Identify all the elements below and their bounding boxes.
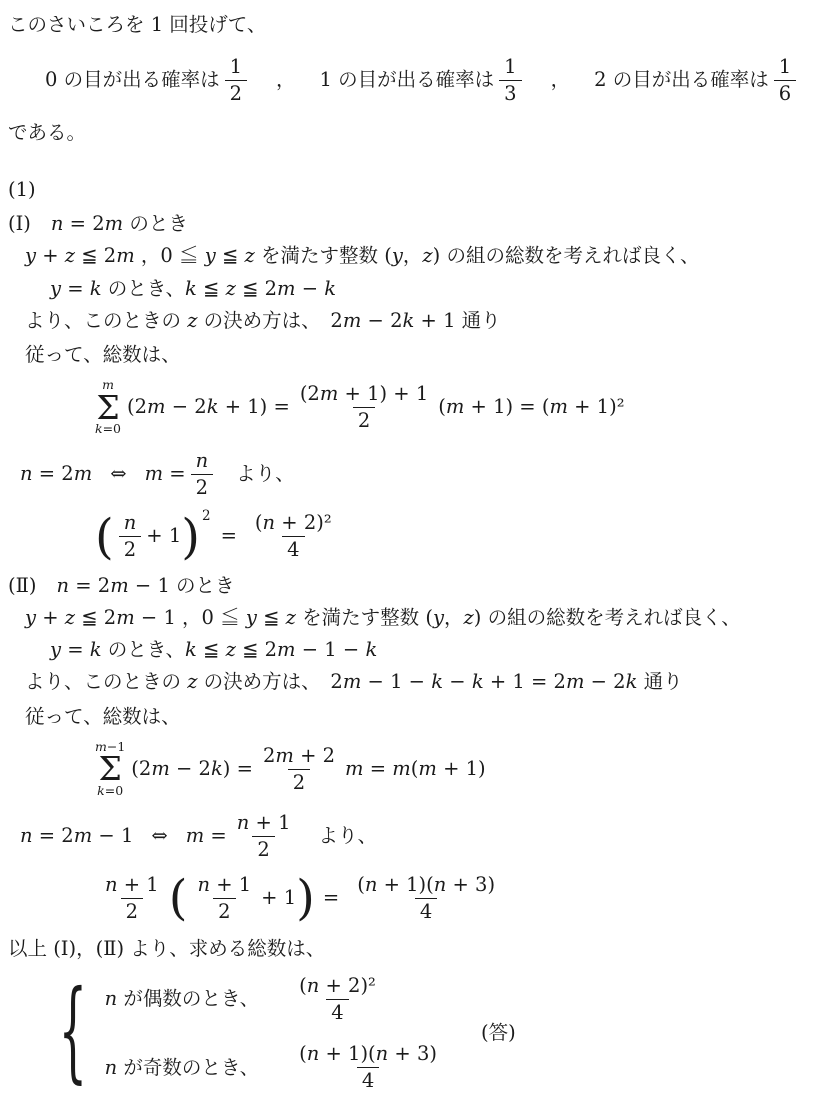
case2-line2-text: y = k のとき、k ≦ z ≦ 2m − 1 − k xyxy=(50,637,377,663)
fraction-numerator: (n + 2)² xyxy=(294,975,381,999)
case1-label: (Ⅰ) xyxy=(8,211,31,237)
fraction-numerator: (n + 2)² xyxy=(250,512,337,536)
intro-line: このさいころを 1 回投げて、 xyxy=(8,12,821,38)
fraction-numerator: n + 1 xyxy=(100,874,164,898)
case2-condition: n = 2m − 1 のとき xyxy=(56,573,234,599)
cases-block: { n が偶数のとき、 (n + 2)²4 n が奇数のとき、 (n + 1)(… xyxy=(55,970,821,1096)
fraction-numerator: 1 xyxy=(499,56,521,80)
sum-tail: m = m(m + 1) xyxy=(345,756,486,782)
cases-brace: { xyxy=(59,979,88,1088)
equals-sign: = xyxy=(221,523,237,549)
probability-line: 0 の目が出る確率は 12 ， 1 の目が出る確率は 13 ， 2 の目が出る確… xyxy=(45,48,821,112)
sigma-symbol: Σ xyxy=(98,753,121,784)
case2-line3-text: より、このときの z の決め方は、 2m − 1 − k − k + 1 = 2… xyxy=(25,669,683,695)
fraction: (n + 1)(n + 3)4 xyxy=(294,1043,442,1092)
sum-body: (2m − 2k + 1) = xyxy=(127,394,290,420)
fraction-denominator: 2 xyxy=(119,536,141,561)
sum-tail: (m + 1) = (m + 1)² xyxy=(438,394,624,420)
fraction: n + 12 xyxy=(232,812,296,861)
case-rows: n が偶数のとき、 (n + 2)²4 n が奇数のとき、 (n + 1)(n … xyxy=(105,975,447,1092)
case2-line3: より、このときの z の決め方は、 2m − 1 − k − k + 1 = 2… xyxy=(25,669,821,695)
sigma-symbol: Σ xyxy=(96,392,119,423)
case-row-even-text: n が偶数のとき、 xyxy=(105,986,259,1012)
fraction: 12 xyxy=(225,56,247,105)
double-arrow-icon: ⇔ xyxy=(110,461,126,487)
fraction-numerator: (2m + 1) + 1 xyxy=(295,383,433,407)
case1-line4-text: 従って、総数は、 xyxy=(25,342,181,368)
fraction-numerator: 1 xyxy=(225,56,247,80)
fraction: n + 12 xyxy=(192,874,256,923)
comma-separator: ， xyxy=(276,67,296,93)
fraction-numerator: 1 xyxy=(774,56,796,80)
comma-separator: ， xyxy=(551,67,571,93)
fraction: (2m + 1) + 12 xyxy=(295,383,433,432)
fraction-denominator: 4 xyxy=(282,536,304,561)
case1-line2: y = k のとき、k ≦ z ≦ 2m − k xyxy=(50,276,821,302)
part-label-line: (1) xyxy=(8,177,821,203)
case1-result-expression: ( n2 + 1 ) 2 = (n + 2)²4 xyxy=(95,503,821,571)
equiv-mid: m = xyxy=(186,823,227,849)
equiv-lhs: n = 2m xyxy=(20,461,92,487)
equiv-tail: より、 xyxy=(318,823,377,849)
fraction-denominator: 4 xyxy=(357,1067,379,1092)
fraction-denominator: 2 xyxy=(225,80,247,105)
fraction-denominator: 2 xyxy=(213,898,235,923)
conclusion-line: 以上 (Ⅰ)，(Ⅱ) より、求める総数は、 xyxy=(8,936,821,962)
case2-equivalence-line: n = 2m − 1 ⇔ m = n + 12 より、 xyxy=(20,808,821,864)
fraction-denominator: 6 xyxy=(774,80,796,105)
fraction-numerator: n xyxy=(119,512,142,536)
case1-equivalence-line: n = 2m ⇔ m = n2 より、 xyxy=(20,447,821,503)
case2-line4: 従って、総数は、 xyxy=(25,704,821,730)
case1-line3-text: より、このときの z の決め方は、 2m − 2k + 1 通り xyxy=(25,308,501,334)
equiv-lhs: n = 2m − 1 xyxy=(20,823,133,849)
summation: m Σ k=0 xyxy=(95,379,121,435)
fraction-numerator: n + 1 xyxy=(192,874,256,898)
fraction-denominator: 2 xyxy=(252,836,274,861)
case2-line1: y + z ≦ 2m − 1 ，0 ≦ y ≦ z を満たす整数 (y，z) の… xyxy=(25,605,821,631)
case2-result-expression: n + 12 ( n + 12 + 1 ) = (n + 1)(n + 3)4 xyxy=(95,864,821,932)
fraction-numerator: (n + 1)(n + 3) xyxy=(294,1043,442,1067)
fraction-denominator: 2 xyxy=(121,898,143,923)
case-row-odd: n が奇数のとき、 (n + 1)(n + 3)4 xyxy=(105,1043,447,1092)
summation: m−1 Σ k=0 xyxy=(95,741,125,797)
case-row-even: n が偶数のとき、 (n + 2)²4 xyxy=(105,975,447,1024)
case-row-odd-text: n が奇数のとき、 xyxy=(105,1055,259,1081)
case1-line4: 従って、総数は、 xyxy=(25,342,821,368)
prob-text-1: 1 の目が出る確率は xyxy=(320,67,495,93)
fraction-numerator: 2m + 2 xyxy=(258,745,340,769)
sum-body: (2m − 2k) = xyxy=(131,756,253,782)
double-arrow-icon: ⇔ xyxy=(151,823,167,849)
case1-header: (Ⅰ) n = 2m のとき xyxy=(8,211,821,237)
fraction-denominator: 2 xyxy=(353,407,375,432)
fraction: n2 xyxy=(119,512,142,561)
case1-line1: y + z ≦ 2m ，0 ≦ y ≦ z を満たす整数 (y，z) の組の総数… xyxy=(25,243,821,269)
case2-line4-text: 従って、総数は、 xyxy=(25,704,181,730)
case2-label: (Ⅱ) xyxy=(8,573,36,599)
fraction: (n + 2)²4 xyxy=(250,512,337,561)
fraction-numerator: (n + 1)(n + 3) xyxy=(352,874,500,898)
result-plus: + 1 xyxy=(146,523,181,549)
answer-label: (答) xyxy=(481,1020,516,1046)
case1-line2-text: y = k のとき、k ≦ z ≦ 2m − k xyxy=(50,276,336,302)
fraction: 2m + 22 xyxy=(258,745,340,794)
part-label: (1) xyxy=(8,177,36,203)
sum-lower-limit: k=0 xyxy=(95,423,121,436)
fraction: (n + 1)(n + 3)4 xyxy=(352,874,500,923)
equiv-tail: より、 xyxy=(236,461,295,487)
fraction: n2 xyxy=(191,450,214,499)
intro-closing-text: である。 xyxy=(8,120,86,146)
case1-sum-expression: m Σ k=0 (2m − 2k + 1) = (2m + 1) + 12 (m… xyxy=(95,375,821,441)
case2-header: (Ⅱ) n = 2m − 1 のとき xyxy=(8,573,821,599)
fraction-denominator: 2 xyxy=(288,769,310,794)
fraction-numerator: n xyxy=(191,450,214,474)
fraction-denominator: 3 xyxy=(499,80,521,105)
case2-line1-text: y + z ≦ 2m − 1 ，0 ≦ y ≦ z を満たす整数 (y，z) の… xyxy=(25,605,741,631)
case2-sum-expression: m−1 Σ k=0 (2m − 2k) = 2m + 22 m = m(m + … xyxy=(95,736,821,802)
case1-condition: n = 2m のとき xyxy=(51,211,188,237)
fraction-denominator: 4 xyxy=(326,999,348,1024)
case2-line2: y = k のとき、k ≦ z ≦ 2m − 1 − k xyxy=(50,637,821,663)
prob-text-2: 2 の目が出る確率は xyxy=(594,67,769,93)
equiv-mid: m = xyxy=(145,461,186,487)
intro-closing-line: である。 xyxy=(8,120,821,146)
math-solution-document: このさいころを 1 回投げて、 0 の目が出る確率は 12 ， 1 の目が出る確… xyxy=(0,0,821,1108)
fraction: 13 xyxy=(499,56,521,105)
fraction: (n + 2)²4 xyxy=(294,975,381,1024)
case1-line3: より、このときの z の決め方は、 2m − 2k + 1 通り xyxy=(25,308,821,334)
conclusion-text: 以上 (Ⅰ)，(Ⅱ) より、求める総数は、 xyxy=(8,936,325,962)
case1-line1-text: y + z ≦ 2m ，0 ≦ y ≦ z を満たす整数 (y，z) の組の総数… xyxy=(25,243,700,269)
fraction-denominator: 2 xyxy=(191,474,213,499)
fraction-denominator: 4 xyxy=(415,898,437,923)
fraction: n + 12 xyxy=(100,874,164,923)
equals-sign: = xyxy=(323,885,339,911)
result-plus: + 1 xyxy=(261,885,296,911)
intro-text: このさいころを 1 回投げて、 xyxy=(8,12,266,38)
fraction: 16 xyxy=(774,56,796,105)
fraction-numerator: n + 1 xyxy=(232,812,296,836)
exponent: 2 xyxy=(202,507,211,525)
prob-text-0: 0 の目が出る確率は xyxy=(45,67,220,93)
sum-lower-limit: k=0 xyxy=(97,785,123,798)
